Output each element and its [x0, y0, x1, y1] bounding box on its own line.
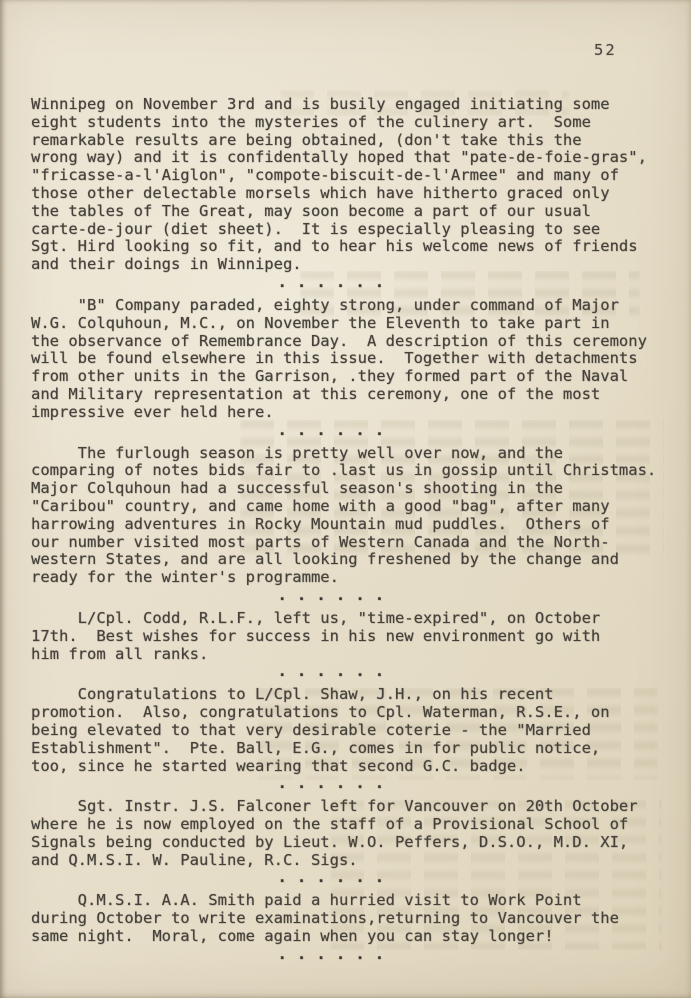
dot-separator: . . . . . .	[11, 946, 651, 962]
paragraph: "B" Company paraded, eighty strong, unde…	[31, 297, 671, 422]
dot-separator: . . . . . .	[11, 869, 651, 885]
page-number: 52	[594, 41, 617, 59]
paragraph: Sgt. Instr. J.S. Falconer left for Vanco…	[31, 798, 671, 869]
dot-separator: . . . . . .	[11, 274, 651, 290]
scanned-page: 52 Winnipeg on November 3rd and is busil…	[0, 0, 691, 998]
paragraph: L/Cpl. Codd, R.L.F., left us, "time-expi…	[31, 610, 671, 663]
dot-separator: . . . . . .	[11, 663, 651, 679]
paragraph: Congratulations to L/Cpl. Shaw, J.H., on…	[31, 686, 671, 775]
paragraph: Winnipeg on November 3rd and is busily e…	[31, 96, 671, 274]
dot-separator: . . . . . .	[11, 587, 651, 603]
dot-separator: . . . . . .	[11, 422, 651, 438]
paragraph: The furlough season is pretty well over …	[31, 445, 671, 587]
paragraph: Q.M.S.I. A.A. Smith paid a hurried visit…	[31, 892, 671, 945]
paragraph-list: Winnipeg on November 3rd and is busily e…	[31, 96, 671, 969]
dot-separator: . . . . . .	[11, 775, 651, 791]
